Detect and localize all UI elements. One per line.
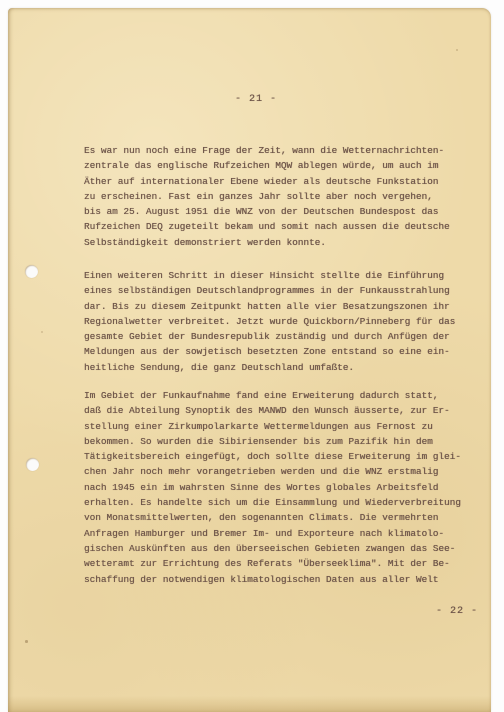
page-number-header: - 21 - — [8, 92, 491, 107]
paper-speck — [456, 49, 458, 51]
hole-punch-bottom — [26, 458, 39, 471]
scanned-document: - 21 - Es war nun noch eine Frage der Ze… — [0, 0, 504, 712]
hole-punch-top — [25, 265, 38, 278]
paragraph-deutschlandprogramm: Einen weiteren Schritt in dieser Hinsich… — [84, 268, 455, 375]
paper-speck — [25, 640, 28, 643]
paragraph-callsign-change: Es war nun noch eine Frage der Zeit, wan… — [84, 143, 450, 250]
paragraph-funkaufnahme-erweiterung: Im Gebiet der Funkaufnahme fand eine Erw… — [84, 388, 461, 587]
document-page: - 21 - Es war nun noch eine Frage der Ze… — [8, 8, 491, 712]
page-number-footer: - 22 - — [436, 604, 478, 619]
paper-speck — [41, 331, 43, 333]
